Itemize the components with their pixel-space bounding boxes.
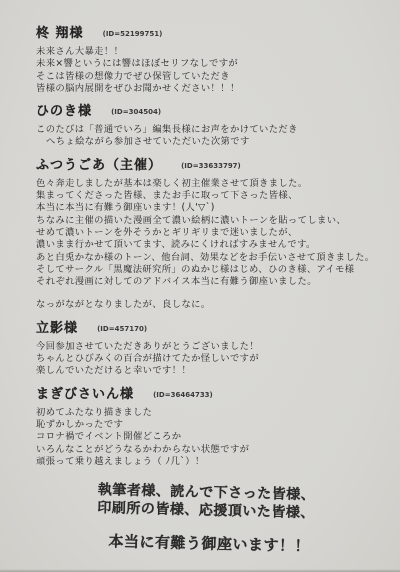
comment-line: 本当に本当に有難う御座います！(人'▽`) xyxy=(36,202,380,214)
section-heading: ひのき様 (ID=304504) xyxy=(36,102,380,120)
comment-line: 楽しんでいただけると幸いです！！ xyxy=(36,365,380,377)
author-section-hinoki: ひのき様 (ID=304504) このたびは「普通でいろ」編集長様にお声をかけて… xyxy=(36,102,380,149)
comment-line: 頑張って乗り越えましょう（ ﾉ几`）！ xyxy=(36,456,380,468)
author-name: ふつうごあ（主催） xyxy=(36,158,162,173)
comment-line: いろんなことがどうなるかわからない状態ですが xyxy=(36,444,380,456)
comment-line: 未来×響というには響はほぼセリフなしですが xyxy=(36,58,380,70)
comment-line: 皆様の脳内展開をぜひお聞かせください！！！ xyxy=(36,83,380,95)
author-id: (ID=457170) xyxy=(97,325,147,333)
comment-line: せめて濃いトーンを外そうかとギリギリまで迷いましたが、 xyxy=(36,227,380,239)
comment-line: ちなみに主催の描いた漫画全て濃い絵柄に濃いトーンを貼ってしまい、 xyxy=(36,215,380,227)
comment-line: 集まってくださった皆様、またお手に取って下さった皆様、 xyxy=(36,190,380,202)
author-section-organizer: ふつうごあ（主催） (ID=33633797) 色々奔走しましたが基本は楽しく初… xyxy=(36,156,380,312)
section-heading: 立影様 (ID=457170) xyxy=(36,319,380,337)
author-comment: 色々奔走しましたが基本は楽しく初主催業させて頂きました。 集まってくださった皆様… xyxy=(36,178,380,312)
comment-line: コロナ禍でイベント開催どころか xyxy=(36,431,380,443)
closing-final-line: 本当に有難う御座います！！ xyxy=(96,533,378,557)
author-id: (ID=52199751) xyxy=(103,30,163,38)
comment-line: ちゃんとひびみくの百合が描けてたか怪しいですが xyxy=(36,353,380,365)
author-name: まぎびさいん様 xyxy=(36,387,134,402)
comment-line: それぞれ漫画に対してのアドバイス本当に有難う御座いました。 xyxy=(36,276,380,288)
section-heading: 柊 翔様 (ID=52199751) xyxy=(36,24,380,42)
comment-line: 濃いまま行かせて頂いてます、読みにくければすみませんです。 xyxy=(36,239,380,251)
section-heading: まぎびさいん様 (ID=36464733) xyxy=(36,385,380,403)
comment-line: そしてサークル「黒魔法研究所」のぬかじ様はじめ、ひのき様、アイモ様 xyxy=(36,264,380,276)
author-section-tachikage: 立影様 (ID=457170) 今回参加させていただきありがとうございました！ … xyxy=(36,319,380,378)
comment-line: このたびは「普通でいろ」編集長様にお声をかけていただき xyxy=(36,124,380,136)
author-comment: 初めてふたなり描きました 恥ずかしかったです コロナ禍でイベント開催どころか い… xyxy=(36,407,380,468)
author-name: 立影様 xyxy=(36,321,78,336)
author-comment: 今回参加させていただきありがとうございました！ ちゃんとひびみくの百合が描けてた… xyxy=(36,341,380,378)
comment-line: 未来さん大暴走！！ xyxy=(36,46,380,58)
author-id: (ID=36464733) xyxy=(153,391,213,399)
comment-line: あと白兎かなか様のトーン、他台詞、効果などをお手伝いさせて頂きました。 xyxy=(36,252,380,264)
comment-line: 恥ずかしかったです xyxy=(36,419,380,431)
author-name: 柊 翔様 xyxy=(36,26,84,41)
author-section-magibisain: まぎびさいん様 (ID=36464733) 初めてふたなり描きました 恥ずかしか… xyxy=(36,385,380,468)
afterword-page: 柊 翔様 (ID=52199751) 未来さん大暴走！！ 未来×響というには響は… xyxy=(0,0,400,572)
author-id: (ID=33633797) xyxy=(181,162,241,170)
author-name: ひのき様 xyxy=(36,104,92,119)
author-comment: このたびは「普通でいろ」編集長様にお声をかけていただき へちょ絵ながら参加させて… xyxy=(36,124,380,149)
comment-line: 初めてふたなり描きました xyxy=(36,407,380,419)
author-comment: 未来さん大暴走！！ 未来×響というには響はほぼセリフなしですが そこは皆様の想像… xyxy=(36,46,380,95)
section-heading: ふつうごあ（主催） (ID=33633797) xyxy=(36,156,380,174)
comment-line: なっがながとなりましたが、良しなに。 xyxy=(36,299,380,311)
comment-line: へちょ絵ながら参加させていただいた次第です xyxy=(36,136,380,148)
comment-line: 今回参加させていただきありがとうございました！ xyxy=(36,341,380,353)
closing-thanks-message: 執筆者様、読んで下さった皆様、 印刷所の皆様、応援頂いた皆様、 本当に有難う御座… xyxy=(96,482,380,557)
author-id: (ID=304504) xyxy=(111,108,161,116)
author-section-hiiragi: 柊 翔様 (ID=52199751) 未来さん大暴走！！ 未来×響というには響は… xyxy=(36,24,380,95)
comment-line: 色々奔走しましたが基本は楽しく初主催業させて頂きました。 xyxy=(36,178,380,190)
comment-line: そこは皆様の想像力でぜひ保管していただき xyxy=(36,71,380,83)
